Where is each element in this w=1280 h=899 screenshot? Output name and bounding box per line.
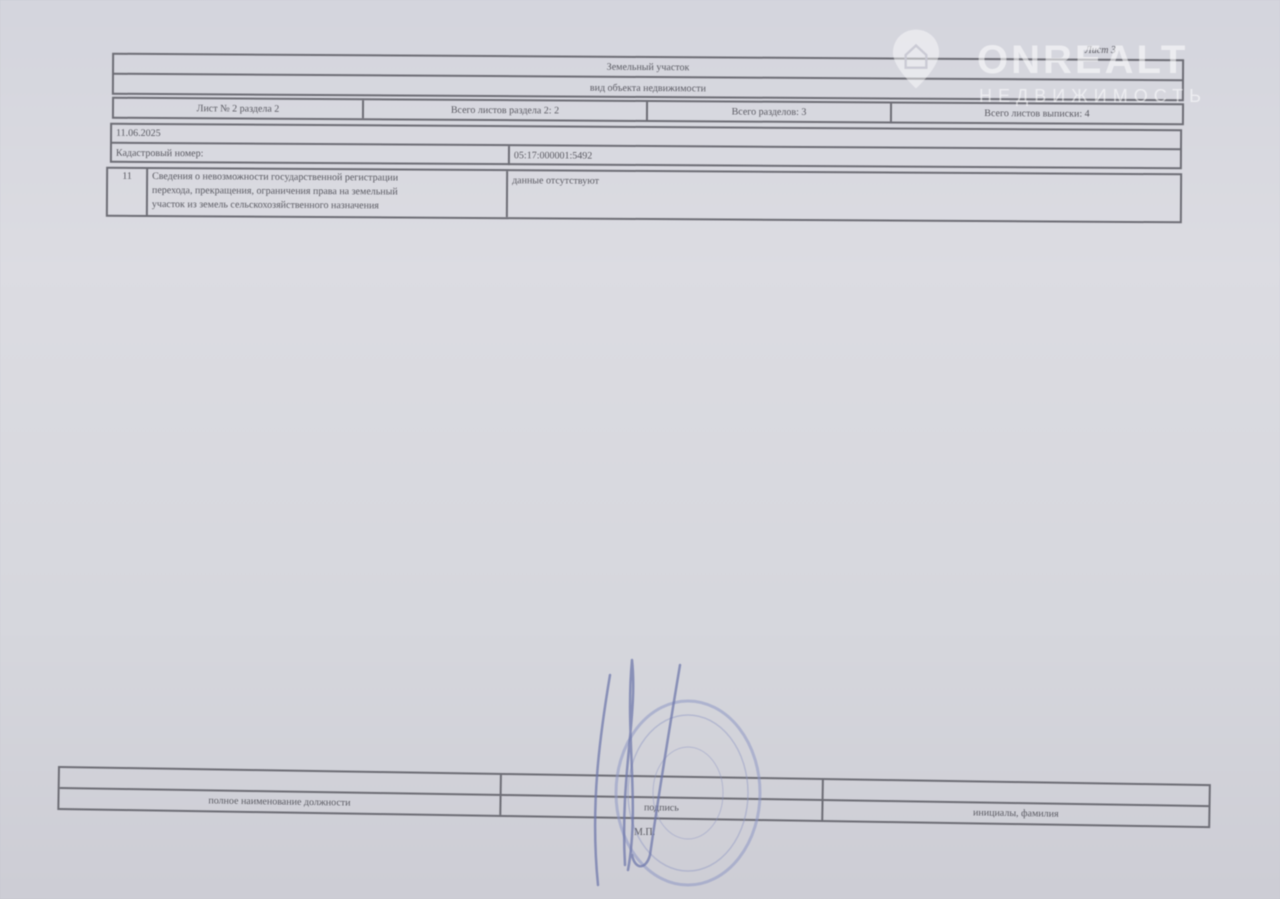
sheet-number: Лист № 2 раздела 2 (114, 99, 364, 119)
cadastral-number: 05:17:000001:5492 (510, 146, 1180, 169)
watermark-tagline: НЕДВИЖИМОСТЬ (979, 86, 1207, 107)
entry-label: Сведения о невозможности государственной… (148, 169, 508, 217)
entry-label-line: перехода, прекращения, ограничения права… (152, 184, 398, 200)
cadastral-label: Кадастровый номер: (112, 144, 510, 165)
sections-total: Всего разделов: 3 (648, 102, 892, 121)
location-pin-house-icon (885, 28, 947, 90)
cadastral-table: 11.06.2025 Кадастровый номер: 05:17:0000… (110, 123, 1182, 170)
entry-label-line: участок из земель сельскохозяйственного … (152, 198, 379, 213)
entry-value: данные отсутствуют (508, 171, 1180, 221)
section-sheets-total: Всего листов раздела 2: 2 (364, 100, 648, 120)
watermark-brand: ONREALT (977, 38, 1188, 83)
document-page: Лист 3 Земельный участок вид объекта нед… (0, 0, 1280, 899)
entry-label-line: Сведения о невозможности государственной… (152, 170, 398, 186)
signature-icon (580, 655, 690, 895)
entry-number: 11 (108, 169, 148, 215)
entry-table: 11 Сведения о невозможности государствен… (106, 167, 1182, 224)
